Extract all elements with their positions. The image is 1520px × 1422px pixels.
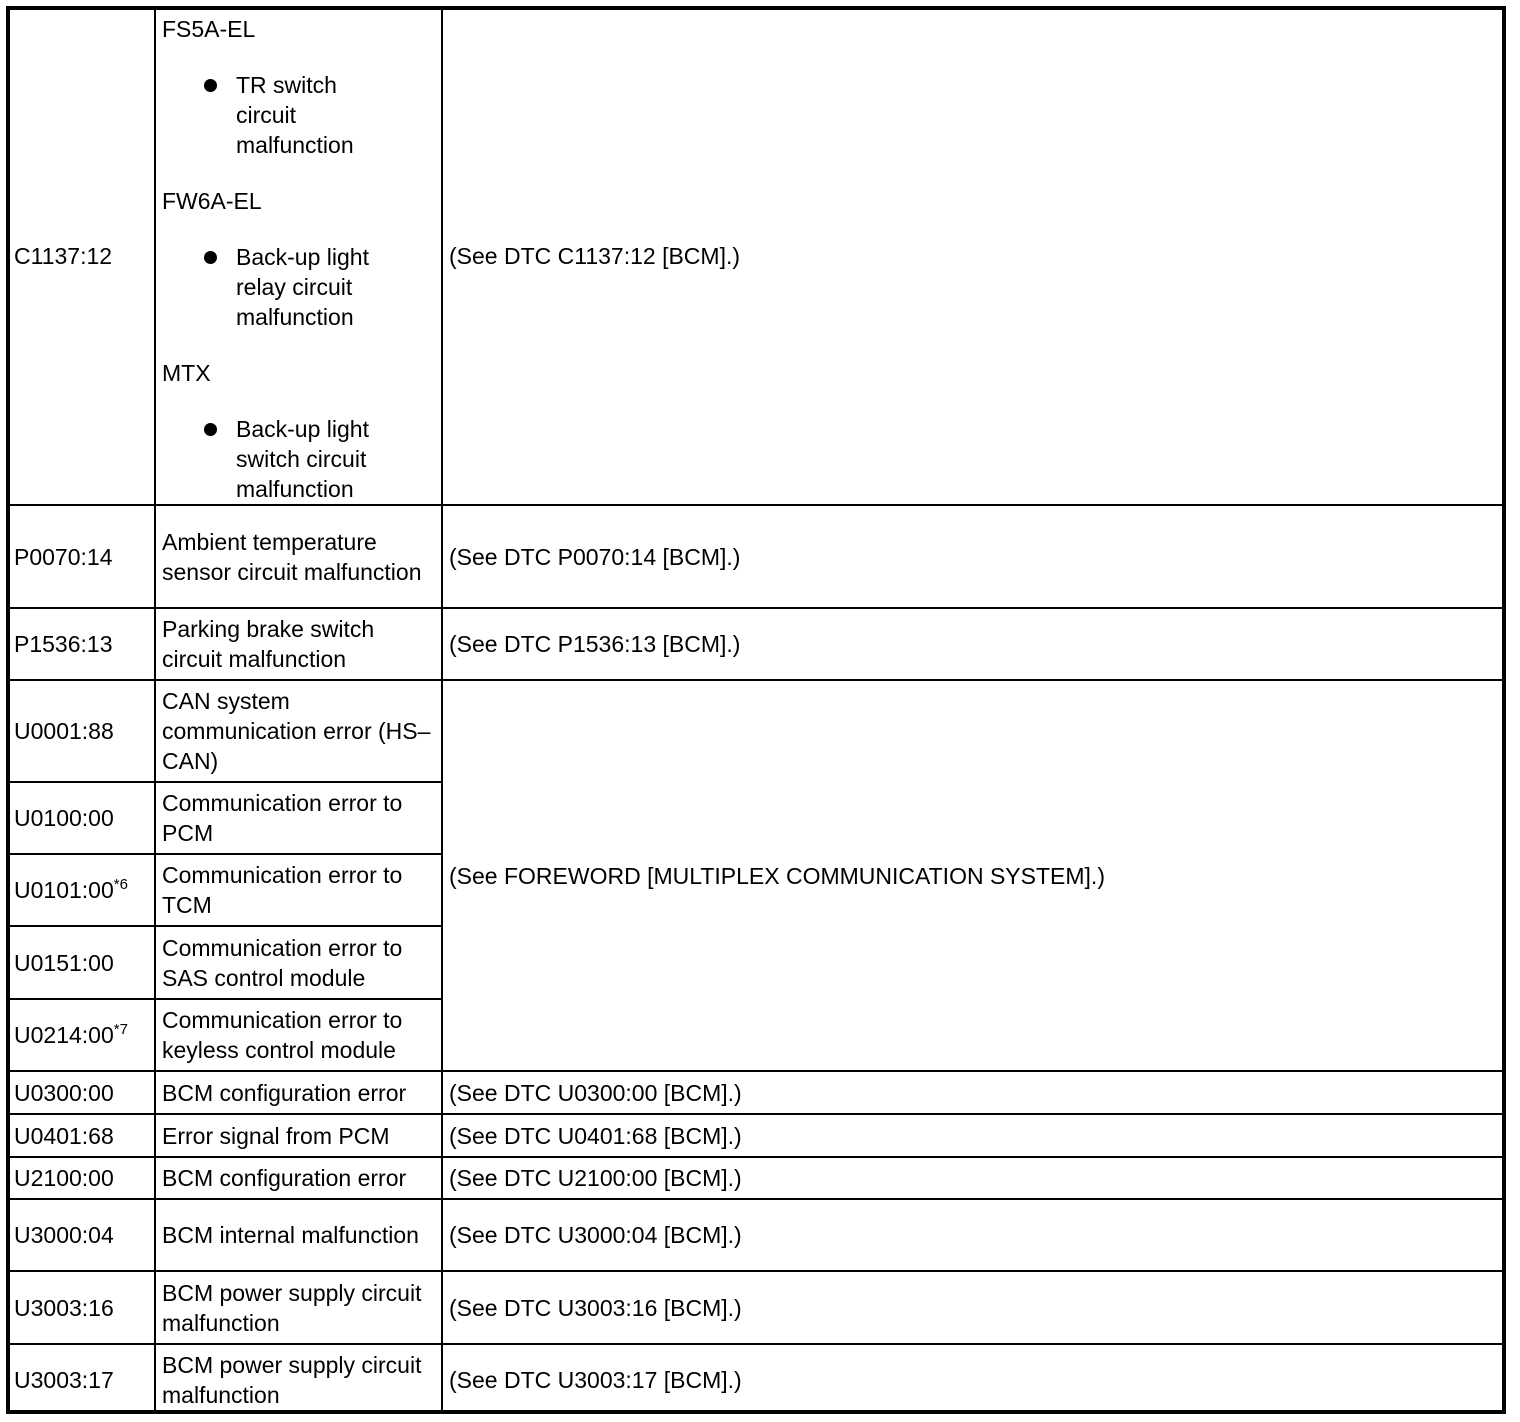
bullet-icon (204, 423, 217, 436)
dtc-code: U0101:00 (14, 877, 114, 903)
condition-text: Parking brake switch circuit malfunction (162, 616, 374, 672)
condition-text: Communication error to PCM (162, 790, 402, 846)
dtc-code: P0070:14 (14, 544, 112, 570)
list-item: TR switch circuit malfunction (162, 70, 435, 160)
dtc-code: U0300:00 (14, 1080, 114, 1106)
dtc-code: P1536:13 (14, 631, 112, 657)
dtc-table: C1137:12 FS5A-EL TR switch circuit malfu… (8, 8, 1504, 1414)
detail-link[interactable]: (See DTC U2100:00 [BCM].) (449, 1165, 742, 1191)
detail-link[interactable]: (See DTC U0401:68 [BCM].) (449, 1123, 742, 1149)
table-row: U0300:00 BCM configuration error (See DT… (8, 1071, 1504, 1114)
condition-text: Communication error to TCM (162, 862, 402, 918)
detail-link[interactable]: (See DTC P0070:14 [BCM].) (449, 544, 740, 570)
condition-cell: FS5A-EL TR switch circuit malfunction FW… (155, 8, 442, 505)
dtc-code: U3000:04 (14, 1222, 114, 1248)
dtc-code: U0214:00 (14, 1022, 114, 1048)
dtc-code: U3003:17 (14, 1367, 114, 1393)
group-title: MTX (162, 358, 435, 388)
table-row: C1137:12 FS5A-EL TR switch circuit malfu… (8, 8, 1504, 505)
dtc-code: U0401:68 (14, 1123, 114, 1149)
dtc-code: U0001:88 (14, 718, 114, 744)
table-row: P1536:13 Parking brake switch circuit ma… (8, 608, 1504, 680)
table-row: U2100:00 BCM configuration error (See DT… (8, 1157, 1504, 1199)
condition-text: BCM configuration error (162, 1080, 406, 1106)
list-item: Back-up light switch circuit malfunction (162, 414, 435, 504)
table-row: U3003:16 BCM power supply circuit malfun… (8, 1271, 1504, 1344)
list-item: Back-up light relay circuit malfunction (162, 242, 435, 332)
dtc-code: U2100:00 (14, 1165, 114, 1191)
footnote-marker: *6 (114, 876, 128, 893)
condition-text: Communication error to keyless control m… (162, 1007, 402, 1063)
bullet-icon (204, 79, 217, 92)
condition-text: BCM power supply circuit malfunction (162, 1352, 421, 1408)
detail-link[interactable]: (See DTC C1137:12 [BCM].) (449, 243, 740, 269)
bullet-list: TR switch circuit malfunction (162, 70, 435, 160)
bullet-list: Back-up light relay circuit malfunction (162, 242, 435, 332)
detail-cell-multiplex: (See FOREWORD [MULTIPLEX COMMUNICATION S… (442, 680, 1504, 1071)
detail-link[interactable]: (See DTC U3003:17 [BCM].) (449, 1367, 742, 1393)
detail-link[interactable]: (See DTC U3003:16 [BCM].) (449, 1295, 742, 1321)
detail-cell: (See DTC C1137:12 [BCM].) (442, 8, 1504, 505)
dtc-code: U0151:00 (14, 950, 114, 976)
bullet-list: Back-up light switch circuit malfunction (162, 414, 435, 504)
dtc-code: U3003:16 (14, 1295, 114, 1321)
dtc-code: C1137:12 (14, 243, 112, 269)
detail-link[interactable]: (See DTC U0300:00 [BCM].) (449, 1080, 742, 1106)
condition-text: CAN system communication error (HS–CAN) (162, 688, 430, 774)
table-row: U3000:04 BCM internal malfunction (See D… (8, 1199, 1504, 1271)
footnote-marker: *7 (114, 1021, 128, 1038)
detail-link[interactable]: (See FOREWORD [MULTIPLEX COMMUNICATION S… (449, 863, 1105, 889)
dtc-code: U0100:00 (14, 805, 114, 831)
detail-link[interactable]: (See DTC P1536:13 [BCM].) (449, 631, 740, 657)
condition-text: BCM configuration error (162, 1165, 406, 1191)
condition-text: Communication error to SAS control modul… (162, 935, 402, 991)
condition-text: Error signal from PCM (162, 1123, 389, 1149)
group-title: FS5A-EL (162, 14, 435, 44)
condition-text: Ambient temperature sensor circuit malfu… (162, 529, 422, 585)
dtc-code-cell: C1137:12 (8, 8, 155, 505)
condition-text: BCM internal malfunction (162, 1222, 419, 1248)
table-row: P0070:14 Ambient temperature sensor circ… (8, 505, 1504, 608)
condition-text: BCM power supply circuit malfunction (162, 1280, 421, 1336)
table-row: U3003:17 BCM power supply circuit malfun… (8, 1344, 1504, 1414)
table-row: U0001:88 CAN system communication error … (8, 680, 1504, 782)
detail-link[interactable]: (See DTC U3000:04 [BCM].) (449, 1222, 742, 1248)
group-title: FW6A-EL (162, 186, 435, 216)
bullet-icon (204, 251, 217, 264)
table-row: U0401:68 Error signal from PCM (See DTC … (8, 1114, 1504, 1157)
